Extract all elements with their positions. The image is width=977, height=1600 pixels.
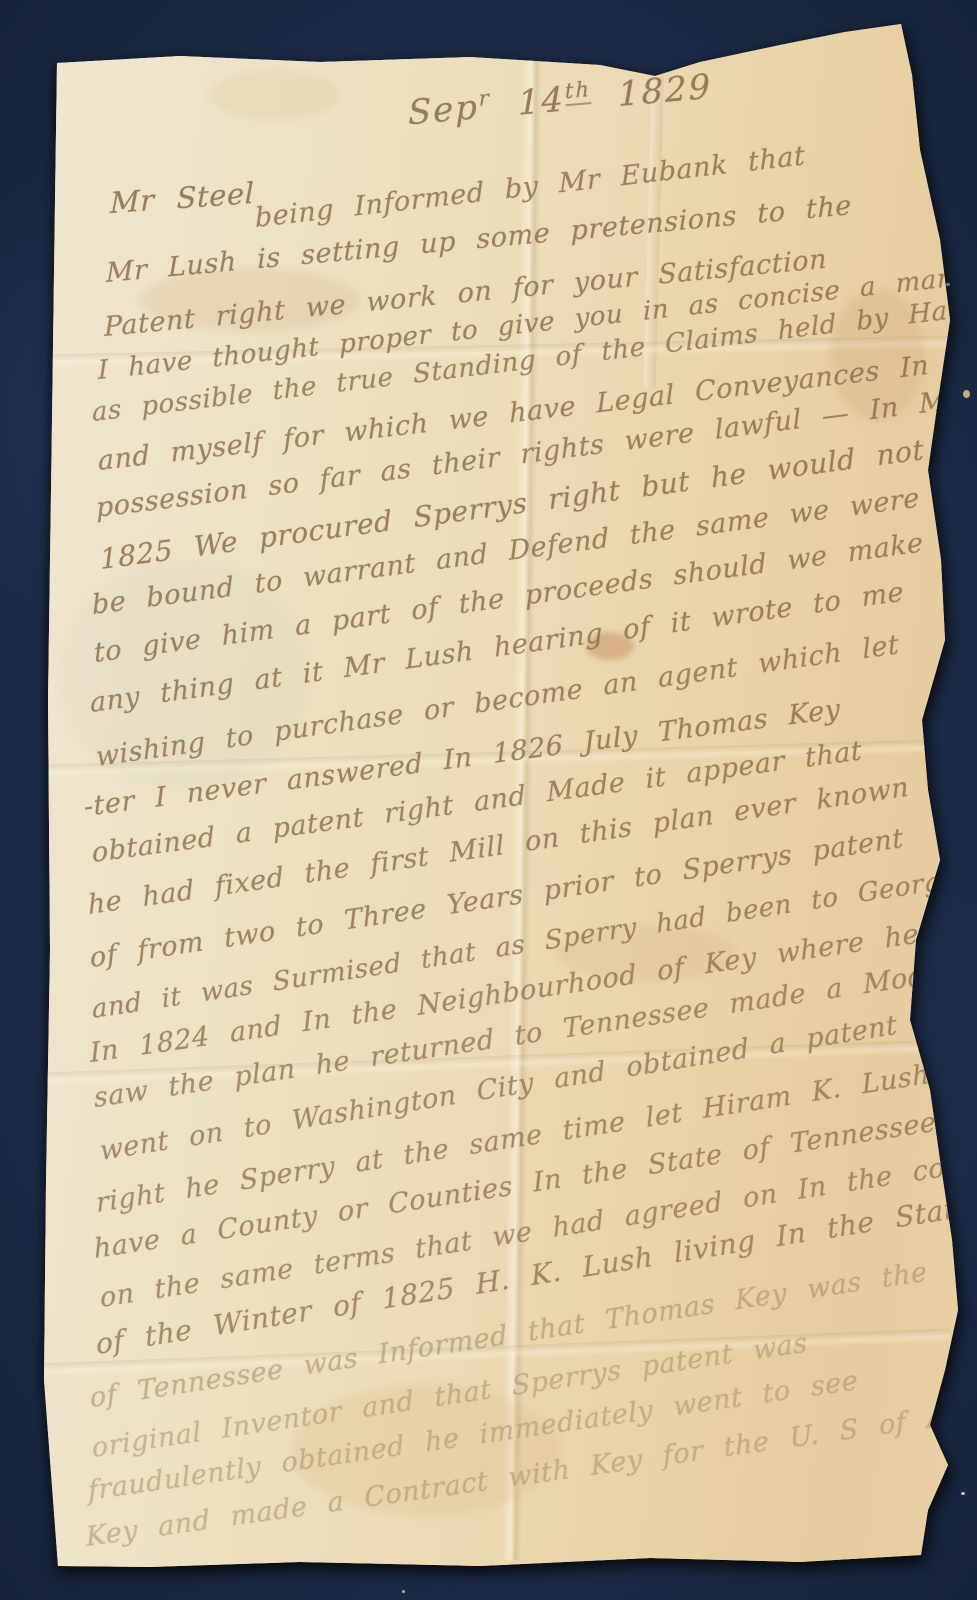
- letter-paper: Sepr 14th 1829 Mr Steel being Informed b…: [0, 0, 977, 1600]
- date-month-sup: r: [479, 85, 491, 111]
- date-year: 1829: [618, 67, 713, 115]
- date-line: Sepr 14th 1829: [408, 65, 713, 133]
- date-day: 14: [518, 80, 566, 124]
- letter-text: Sepr 14th 1829 Mr Steel being Informed b…: [0, 0, 977, 1600]
- photo-background: Sepr 14th 1829 Mr Steel being Informed b…: [0, 0, 977, 1600]
- date-month: Sep: [408, 87, 480, 133]
- salutation: Mr Steel: [110, 176, 255, 220]
- date-day-sup: th: [565, 76, 591, 106]
- letter-paper-shadow: Sepr 14th 1829 Mr Steel being Informed b…: [0, 0, 977, 1600]
